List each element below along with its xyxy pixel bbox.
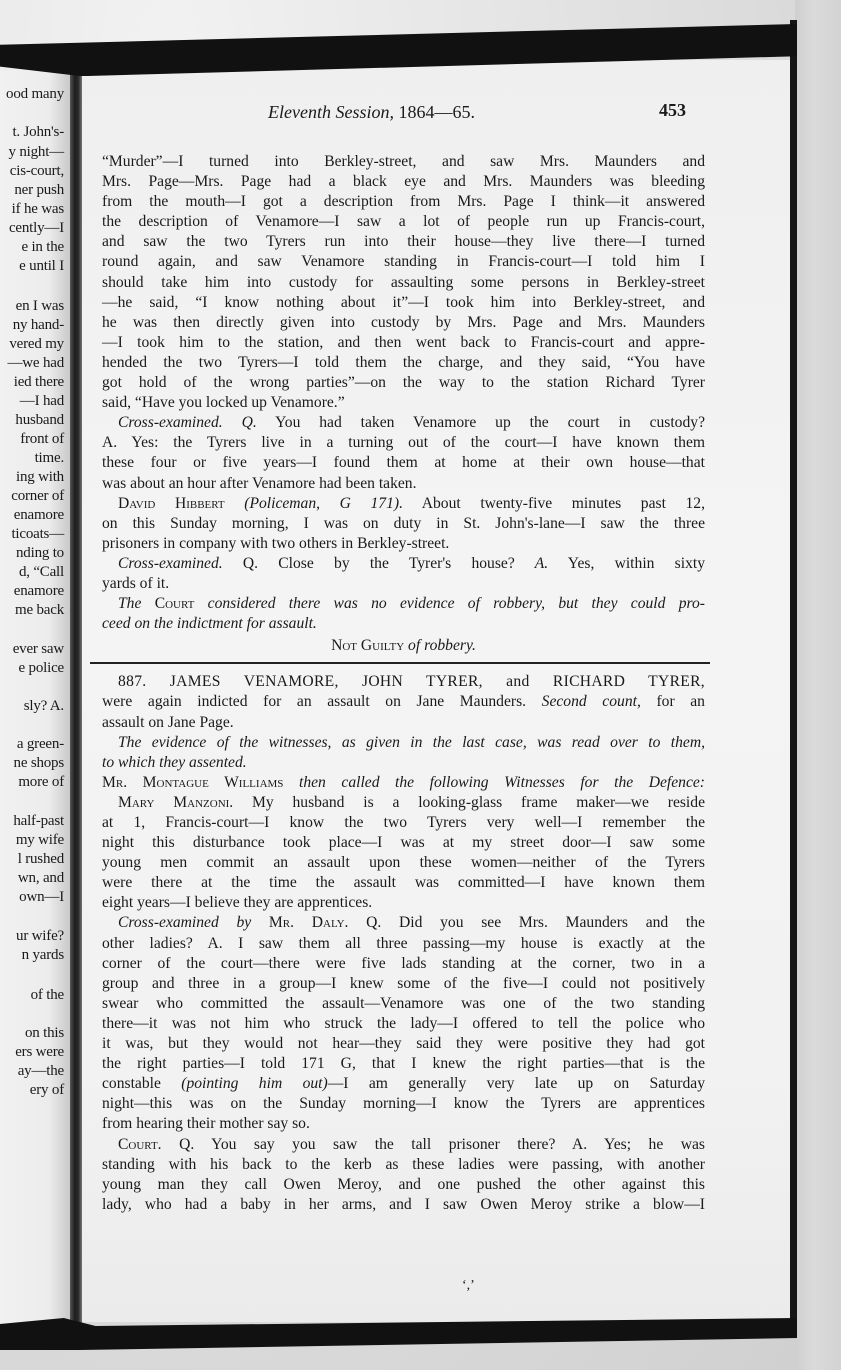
text-line: standing with his back to the kerb as th… (102, 1155, 705, 1175)
left-page-fragment: d, “Call (19, 563, 64, 581)
stage-direction: (pointing him out) (181, 1075, 327, 1092)
left-page-fragment: ticoats— (11, 525, 64, 543)
text-line: group and three in a group—I knew some o… (102, 974, 705, 994)
page-body: “Murder”—I turned into Berkley-street, a… (102, 152, 705, 1215)
text-line: ceed on the indictment for assault. (102, 614, 705, 634)
text-line: it was, but they would not hear—they sai… (102, 1034, 705, 1054)
signature-mark: ‘,’ (462, 1278, 475, 1294)
left-page-fragment: me back (15, 601, 64, 619)
left-page-fragment: ny hand- (13, 316, 64, 334)
text-line: constable (102, 1075, 181, 1092)
left-page-fragment: l rushed (18, 850, 64, 868)
text-line: night—this was on the Sunday morning—I k… (102, 1094, 705, 1114)
text-line: young men commit an assault upon these w… (102, 853, 705, 873)
text-line: and saw the two Tyrers run into their ho… (102, 232, 705, 252)
text-line: he was then directly given into custody … (102, 313, 705, 333)
left-page-fragment: my wife (16, 831, 64, 849)
court-label: Court. (118, 1136, 162, 1153)
left-page: ood manyt. John's-y night—cis-court,ner … (0, 70, 70, 1332)
text-line: from the mouth—I got a description from … (102, 192, 705, 212)
left-page-fragment: a green- (17, 735, 64, 753)
witness-role: (Policeman, G 171). (244, 495, 403, 512)
text-line: —I am generally very late up on Saturday (328, 1075, 705, 1092)
left-page-fragment: ing with (16, 468, 64, 486)
left-page-fragment: front of (20, 430, 64, 448)
court-note-the: The (118, 595, 141, 612)
section-divider (90, 662, 710, 664)
cross-examined-label: Cross-examined. (118, 555, 223, 572)
text-line: considered there was no evidence of robb… (194, 595, 705, 612)
left-page-fragment: ever saw (13, 640, 64, 658)
court-label: Court (155, 595, 195, 612)
text-line: The evidence of the witnesses, as given … (102, 733, 705, 753)
text-line: these four or five years—I found them at… (102, 453, 705, 473)
left-page-fragment: enamore (14, 582, 64, 600)
text-line: from hearing their mother say so. (102, 1114, 705, 1134)
text-line: at 1, Francis-court—I know the two Tyrer… (102, 813, 705, 833)
left-page-fragment: ner push (14, 181, 64, 199)
verdict-detail: of robbery. (404, 637, 476, 654)
text-line: eight years—I believe they are apprentic… (102, 893, 705, 913)
left-page-fragment: on this (25, 1024, 64, 1042)
answer-mark: A. (515, 555, 548, 572)
witness-name: David Hibbert (118, 495, 225, 512)
verdict: Not Guilty of robbery. (102, 636, 705, 656)
right-margin-strip (795, 0, 841, 1370)
left-page-fragment: of the (31, 986, 64, 1004)
left-page-fragment: t. John's- (12, 123, 64, 141)
text-line: were there at the time the assault was c… (102, 873, 705, 893)
book-spine (70, 70, 82, 1330)
text-line: were again indicted for an assault on Ja… (102, 693, 526, 710)
question-text: Q. You say you saw the tall prisoner the… (162, 1136, 556, 1153)
answer-text: A. Yes; he was (555, 1136, 705, 1153)
defence-call: Mr. Montague Williams then called the fo… (102, 773, 705, 793)
cross-examination-2: Cross-examined. Q. Close by the Tyrer's … (102, 554, 705, 594)
left-page-fragment: —I had (20, 392, 64, 410)
left-page-fragment: ied there (14, 373, 64, 391)
question-text: Q. Did you see Mrs. Maunders and the (348, 914, 705, 931)
left-page-fragment: cently—I (9, 219, 64, 237)
text-line: to which they assented. (102, 753, 705, 773)
text-line: “Murder”—I turned into Berkley-street, a… (102, 152, 705, 172)
left-page-fragment: more of (18, 773, 64, 791)
left-page-fragment: e until I (19, 257, 64, 275)
text-line: should take him into custody for assault… (102, 273, 705, 293)
counsel-name: Mr. Daly. (251, 914, 348, 931)
question-text: Q. Close by the Tyrer's house? (223, 555, 515, 572)
text-line: A. Yes: the Tyrers live in a turning out… (102, 433, 705, 453)
left-page-fragment: corner of (11, 487, 64, 505)
text-line: was about an hour after Venamore had bee… (102, 474, 705, 494)
cross-examined-label: Cross-examined. (118, 414, 223, 431)
court-question: Court. Q. You say you saw the tall priso… (102, 1135, 705, 1215)
text-line: the right parties—I told 171 G, that I k… (102, 1054, 705, 1074)
verdict-label: Not Guilty (331, 637, 404, 654)
question-mark: Q. (242, 414, 257, 431)
left-page-fragment: ood many (6, 85, 64, 103)
left-page-fragment: half-past (13, 812, 64, 830)
second-count-label: Second count, (542, 693, 641, 710)
text-line: hended the two Tyrers—I told them the ch… (102, 353, 705, 373)
left-page-fragment: sly? A. (24, 697, 64, 715)
text-line: corner of the court—there were five lads… (102, 954, 705, 974)
left-page-fragment: enamore (14, 506, 64, 524)
text-line: assault on Jane Page. (102, 713, 705, 733)
text-line: for an (641, 693, 705, 710)
left-page-fragment: e police (19, 659, 64, 677)
text-line: lady, who had a baby in her arms, and I … (102, 1195, 705, 1215)
left-page-fragment: vered my (9, 335, 64, 353)
page-number: 453 (659, 100, 686, 121)
text-line: said, “Have you locked up Venamore.” (102, 393, 705, 413)
text-line: round again, and saw Venamore standing i… (102, 252, 705, 272)
hibbert-testimony: David Hibbert (Policeman, G 171). About … (102, 494, 705, 554)
witness-name: Mary Manzoni. (118, 794, 233, 811)
cross-examined-label: Cross-examined by (118, 914, 251, 931)
left-page-fragment: en I was (16, 297, 64, 315)
text-line: the description of Venamore—I saw a lot … (102, 212, 705, 232)
text-line: —he said, “I know nothing about it”—I to… (102, 293, 705, 313)
left-page-fragment: if he was (12, 200, 64, 218)
text-line: young man they call Owen Meroy, and one … (102, 1175, 705, 1195)
question-text: You had taken Venamore up the court in c… (257, 414, 705, 431)
left-page-fragment: own—I (19, 888, 64, 906)
left-page-fragment: cis-court, (10, 162, 64, 180)
text-line: there—it was not him who struck the lady… (102, 1014, 705, 1034)
cross-examination-3: Cross-examined by Mr. Daly. Q. Did you s… (102, 913, 705, 1134)
evidence-note: The evidence of the witnesses, as given … (102, 733, 705, 773)
page-header: Eleventh Session, 1864—65. 453 (82, 102, 790, 126)
court-note: The Court considered there was no eviden… (102, 594, 705, 634)
case-heading: 887. JAMES VENAMORE, JOHN TYRER, and RIC… (102, 672, 705, 732)
cross-examination-1: Cross-examined. Q. You had taken Venamor… (102, 413, 705, 493)
text-line: night this disturbance took place—I was … (102, 833, 705, 853)
case-title: 887. JAMES VENAMORE, JOHN TYRER, and RIC… (102, 672, 705, 692)
text-line: prisoners in company with two others in … (102, 534, 705, 554)
left-page-fragment: nding to (16, 544, 64, 562)
running-head-session: Eleventh Session, (268, 102, 394, 122)
running-head-years: 1864—65. (394, 102, 475, 122)
left-page-fragment: —we had (8, 354, 65, 372)
answer-text: Yes, within sixty (548, 555, 705, 572)
left-page-fragment: n yards (22, 946, 64, 964)
text-line: other ladies? A. I saw them all three pa… (102, 934, 705, 954)
counsel-name: Mr. Montague Williams (102, 774, 283, 791)
text-line: got hold of the wrong parties”—on the wa… (102, 373, 705, 393)
text-line: —I took him to the station, and then wen… (102, 333, 705, 353)
frame-right-edge (790, 20, 797, 1330)
running-head: Eleventh Session, 1864—65. (268, 102, 475, 123)
testimony-paragraph: “Murder”—I turned into Berkley-street, a… (102, 152, 705, 413)
text-line: My husband is a looking-glass frame make… (233, 794, 705, 811)
left-page-fragment: y night— (9, 143, 65, 161)
left-page-fragment: ery of (30, 1081, 64, 1099)
text-line: About twenty-five minutes past 12, (403, 495, 705, 512)
left-page-fragment: time. (35, 449, 64, 467)
left-page-fragment: ur wife? (16, 927, 64, 945)
right-page: Eleventh Session, 1864—65. 453 “Murder”—… (82, 60, 790, 1322)
left-page-fragment: ay—the (18, 1062, 64, 1080)
text-line: yards of it. (102, 574, 705, 594)
left-page-fragment: husband (15, 411, 64, 429)
manzoni-testimony: Mary Manzoni. My husband is a looking-gl… (102, 793, 705, 914)
text-line: then called the following Witnesses for … (283, 774, 705, 791)
left-page-fragment: ne shops (14, 754, 64, 772)
text-line: Mrs. Page—Mrs. Page had a black eye and … (102, 172, 705, 192)
left-page-fragment: e in the (21, 238, 64, 256)
text-line: on this Sunday morning, I was on duty in… (102, 514, 705, 534)
left-page-fragment: ers were (15, 1043, 64, 1061)
left-page-fragment: wn, and (18, 869, 64, 887)
text-line: swear who committed the assault—Venamore… (102, 994, 705, 1014)
